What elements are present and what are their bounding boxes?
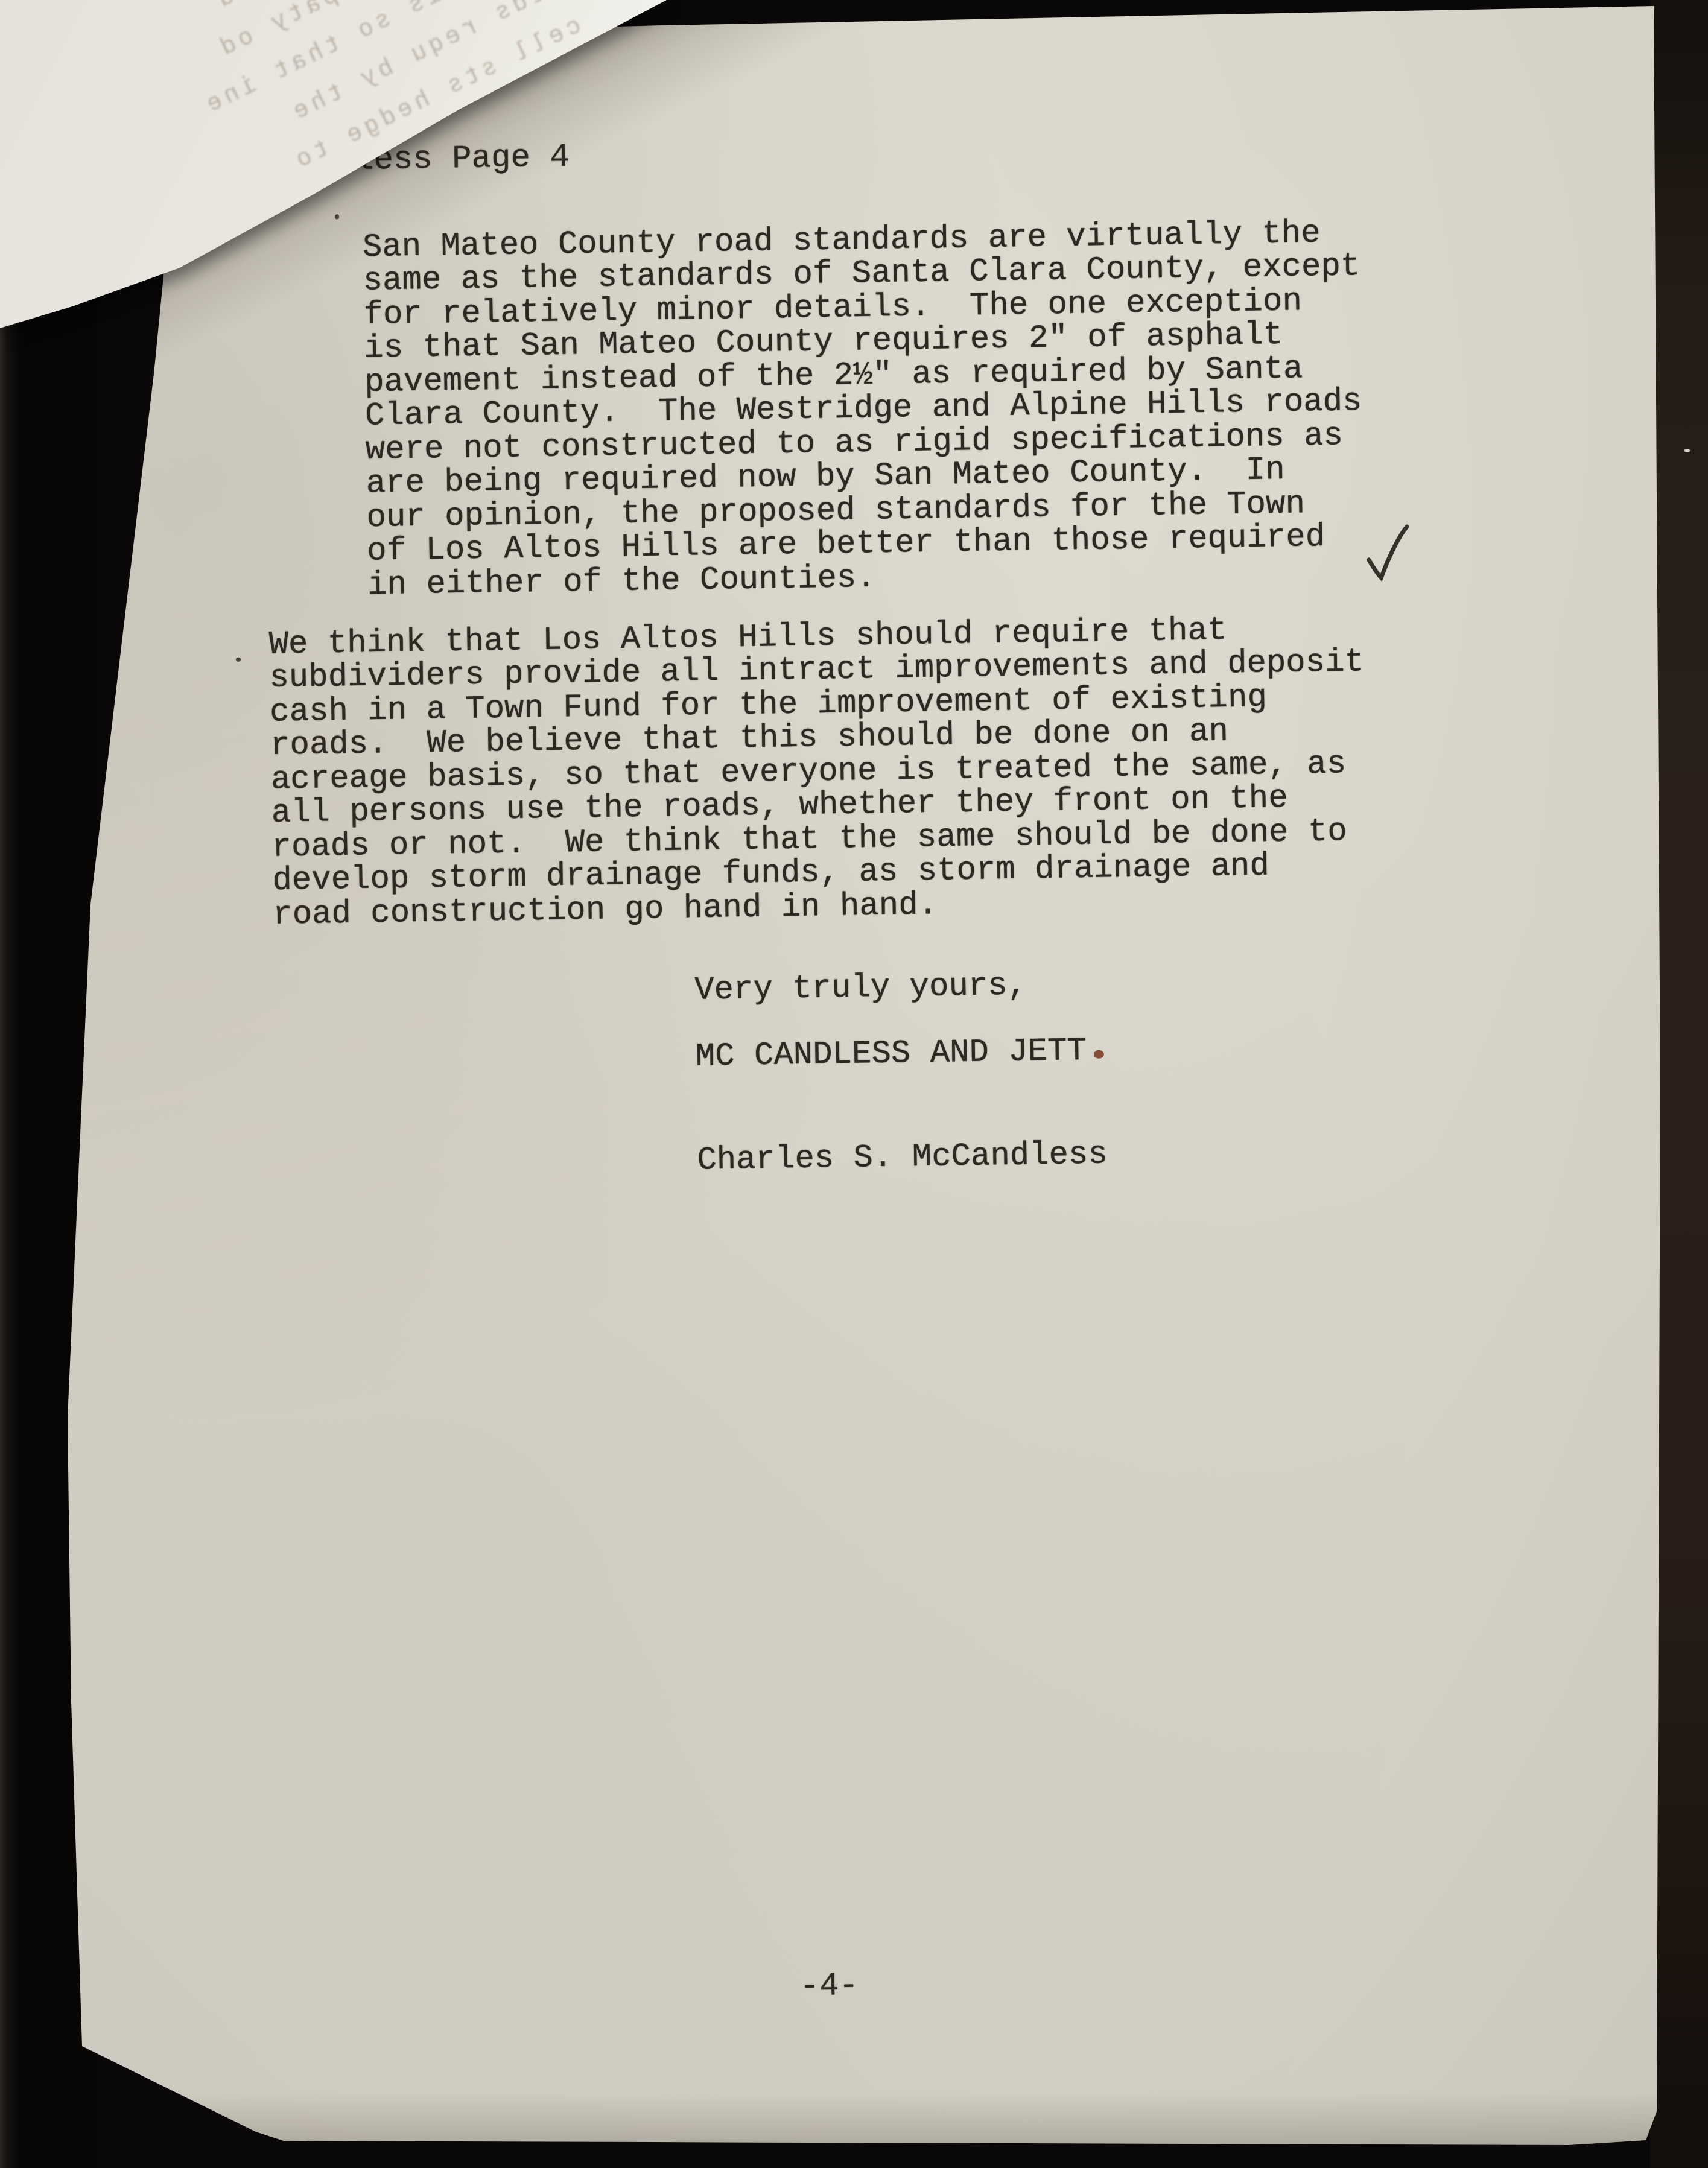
folded-corner: ods cx the and ed sh ring to paty od the… (0, 0, 700, 386)
folded-corner-wrap: ods cx the and ed sh ring to paty od the… (0, 0, 1708, 2168)
ghost-show-through-text: ods cx the and ed sh ring to paty od the… (0, 0, 590, 323)
scanned-document-photo: { "doc": { "header": "McCandless Page 4"… (0, 0, 1708, 2168)
